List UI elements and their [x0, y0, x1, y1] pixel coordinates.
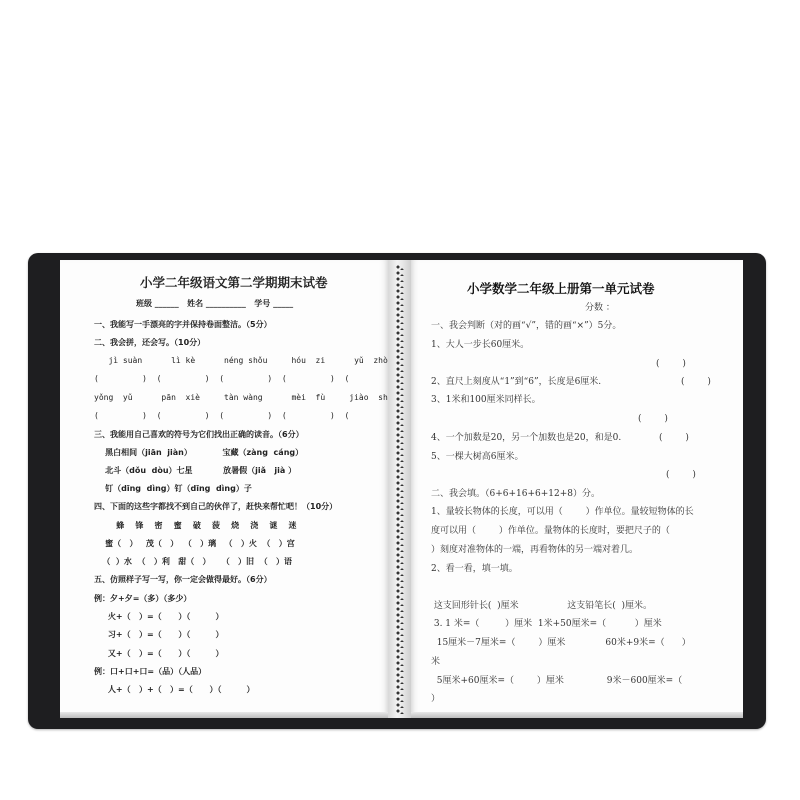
q3-answer: ( ) — [638, 414, 668, 425]
q5-answer: ( ) — [666, 470, 696, 481]
section-5: 五、仿照样子写一写，你一定会做得最好。（6分） — [94, 575, 272, 585]
q5: 5、一棵大树高6厘米。 — [431, 452, 523, 463]
fill-3-line-2: 15厘米－7厘米=（ ）厘米 60米+9米=（ ） — [431, 638, 691, 649]
section-3-row-2: 北斗（dǒu dòu）七星 放暑假（jiǎ jià ） — [94, 466, 296, 476]
exercise-row-1: 火+（ ）=（ ）（ ） — [94, 612, 223, 622]
right-page-title: 小学数学二年级上册第一单元试卷 — [467, 283, 655, 294]
binding-rings — [396, 264, 404, 714]
right-page-math-exam: 小学数学二年级上册第一单元试卷 分数 ： 一、我会判断（对的画“√”，错的画“×… — [411, 260, 743, 718]
fill-2-measure: 这支回形针长( )厘米 这支铅笔长( )厘米。 — [431, 601, 652, 612]
part-2: 二、我会填。（6+6+16+6+12+8）分。 — [431, 489, 600, 500]
fill-1-line-1: 1、量较长物体的长度，可以用（ ）作单位。量较短物体的长 — [431, 507, 694, 518]
section-4-row-1: 蜜（ ） 茂（ ） （ ）璃 （ ）火 （ ）宫 — [94, 539, 295, 549]
q4-answer: ( ) — [659, 433, 689, 444]
example-2: 例：口+口+口=（品）（人品） — [94, 667, 206, 677]
page-edge — [411, 712, 743, 718]
score-label: 分数 ： — [585, 303, 615, 314]
q2-answer: ( ) — [681, 377, 711, 388]
section-1: 一、我能写一手漂亮的字并保持卷面整洁。（5分） — [94, 320, 272, 330]
answer-row-2: ( ) ( ) ( ) ( ) ( ) — [94, 411, 388, 421]
pinyin-row-2: yǒng yǔ pān xiè tàn wàng mèi fù jiào shī — [94, 393, 388, 403]
pinyin-row-1: jì suàn lì kè néng shǒu hóu zi yǔ zhòu — [94, 356, 388, 366]
exercise-row-2: 习+（ ）=（ ）（ ） — [94, 630, 223, 640]
exercise-row-3: 又+（ ）=（ ）（ ） — [94, 649, 223, 659]
exercise-row-4: 人+（ ）+（ ）=（ ）（ ） — [94, 685, 255, 695]
q1: 1、大人一步长60厘米。 — [431, 340, 529, 351]
section-4: 四、下面的这些字都找不到自己的伙伴了，赶快来帮忙吧！（10分） — [94, 502, 337, 512]
section-3-row-1: 黑白相间（jiān jiàn） 宝藏（zàng cáng） — [94, 448, 303, 458]
page-edge — [60, 712, 388, 718]
binder-spine — [388, 260, 411, 718]
fill-3-line-1: 3. 1 米=（ ）厘米 1米+50厘米=（ ）厘米 — [431, 619, 662, 630]
q3: 3、1米和100厘米同样长。 — [431, 395, 541, 406]
fill-1-line-3: ）刻度对准物体的一端，再看物体的另一端对着几。 — [431, 545, 638, 556]
left-page-title: 小学二年级语文第二学期期末试卷 — [140, 278, 328, 288]
fill-1-line-2: 度可以用（ ）作单位。量物体的长度时，要把尺子的（ — [431, 526, 670, 537]
q1-answer: ( ) — [656, 359, 686, 370]
q4: 4、一个加数是20，另一个加数也是20，和是0. — [431, 433, 621, 444]
example-1: 例：夕+夕=（多）（多少） — [94, 594, 191, 604]
section-4-row-2: （ ）水 （ ）利 甜（ ） （ ）旧 （ ）语 — [94, 557, 292, 567]
fill-2: 2、看一看，填一填。 — [431, 564, 518, 575]
part-1: 一、我会判断（对的画“√”，错的画“×”）5分。 — [431, 321, 621, 332]
left-page-chinese-exam: 小学二年级语文第二学期期末试卷 班级 ______ 姓名 __________ … — [60, 260, 388, 718]
section-3-row-3: 钉（dīng dìng）钉（dīng dìng）子 — [94, 484, 252, 494]
section-4-chars: 蜂 锋 密 蜜 破 菠 烧 浇 谜 迷 — [94, 521, 297, 531]
section-3: 三、我能用自己喜欢的符号为它们找出正确的读音。（6分） — [94, 430, 304, 440]
answer-row-1: ( ) ( ) ( ) ( ) ( ) — [94, 374, 388, 384]
fill-3-line-2-cont: 米 — [431, 657, 440, 668]
section-2: 二、我会拼，还会写。（10分） — [94, 338, 205, 348]
fill-3-line-3: 5厘米+60厘米=（ ）厘米 9米－600厘米=（ — [431, 676, 682, 687]
fill-3-line-3-cont: ） — [431, 694, 440, 705]
header-fields: 班级 ______ 姓名 __________ 学号 _____ — [136, 299, 293, 309]
q2: 2、直尺上刻度从“1”到“6”，长度是6厘米. — [431, 377, 601, 388]
